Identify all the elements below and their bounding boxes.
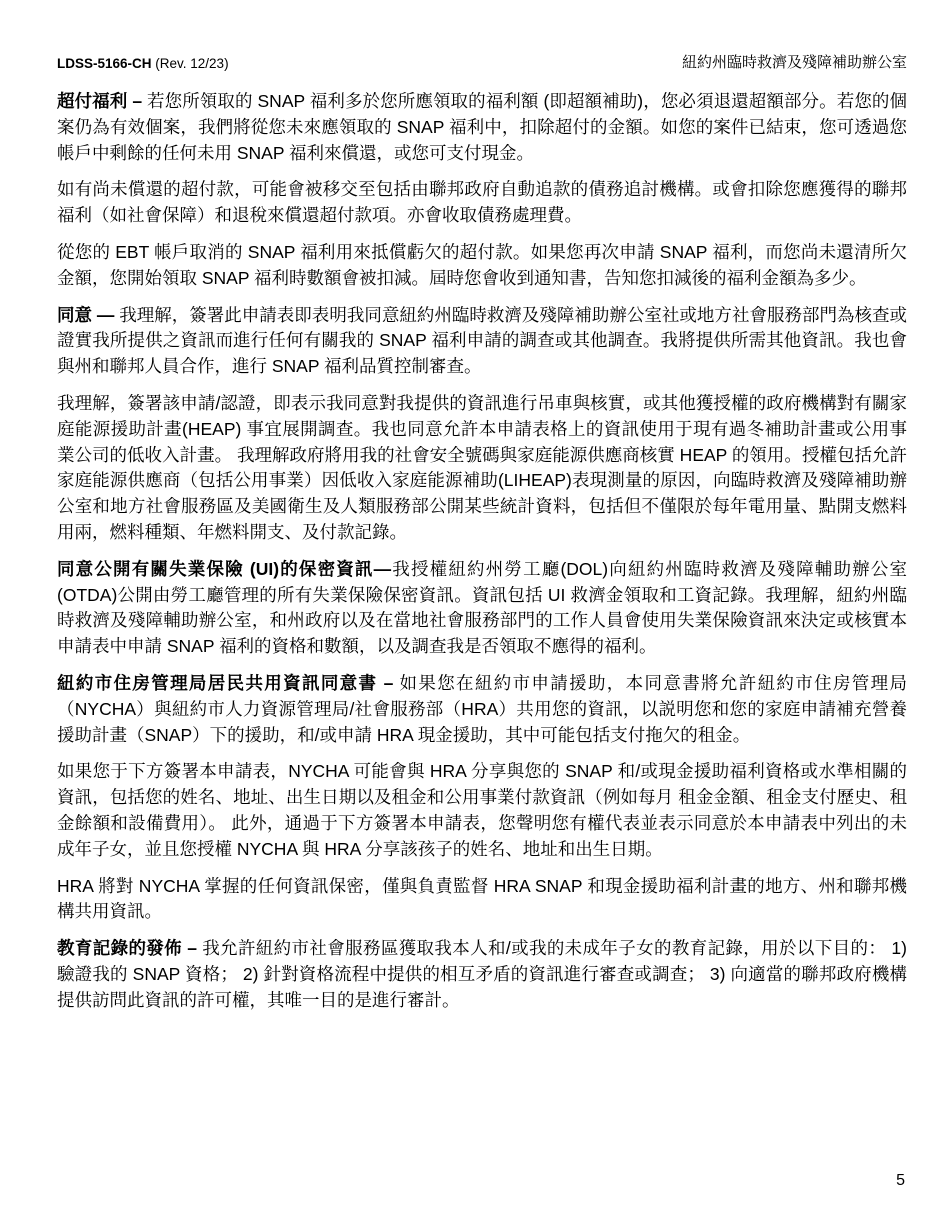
- page-number: 5: [896, 1172, 905, 1190]
- document-body: 超付福利 – 若您所領取的 SNAP 福利多於您所應領取的福利額 (即超額補助)…: [57, 89, 907, 1014]
- paragraph-ui-confidential-info: 同意公開有關失業保險 (UI)的保密資訊—我授權紐約州勞工廳(DOL)向紐約州臨…: [57, 557, 907, 660]
- paragraph-heap-consent: 我理解，簽署該申請/認證，即表示我同意對我提供的資訊進行吊車與核實，或其他獲授權…: [57, 391, 907, 546]
- paragraph-text: 如有尚未償還的超付款，可能會被移交至包括由聯邦政府自動追款的債務追討機構。或會扣…: [57, 179, 907, 225]
- paragraph-heading: 教育記錄的發佈 –: [57, 938, 202, 958]
- paragraph-heading: 同意公開有關失業保險 (UI)的保密資訊—: [57, 559, 391, 579]
- paragraph-education-records: 教育記錄的發佈 – 我允許紐約市社會服務區獲取我本人和/或我的未成年子女的教育記…: [57, 936, 907, 1013]
- paragraph-text: 如果您于下方簽署本申請表，NYCHA 可能會與 HRA 分享與您的 SNAP 和…: [57, 761, 907, 858]
- paragraph-text: 我理解，簽署該申請/認證，即表示我同意對我提供的資訊進行吊車與核實，或其他獲授權…: [57, 393, 907, 542]
- paragraph-text: 從您的 EBT 帳戶取消的 SNAP 福利用來抵償虧欠的超付款。如果您再次申請 …: [57, 242, 907, 288]
- paragraph-ebt-offset: 從您的 EBT 帳戶取消的 SNAP 福利用來抵償虧欠的超付款。如果您再次申請 …: [57, 240, 907, 292]
- form-identifier: LDSS-5166-CH (Rev. 12/23): [57, 56, 229, 72]
- paragraph-heading: 同意 —: [57, 305, 119, 325]
- paragraph-consent: 同意 — 我理解，簽署此申請表即表明我同意紐約州臨時救濟及殘障補助辦公室社或地方…: [57, 303, 907, 380]
- form-revision: (Rev. 12/23): [152, 56, 229, 71]
- paragraph-nycha-consent: 紐約市住房管理局居民共用資訊同意書 – 如果您在紐約市申請援助，本同意書將允許紐…: [57, 671, 907, 748]
- paragraph-hra-confidentiality: HRA 將對 NYCHA 掌握的任何資訊保密，僅與負責監督 HRA SNAP 和…: [57, 874, 907, 926]
- agency-name: 紐約州臨時救濟及殘障補助辦公室: [682, 54, 907, 72]
- page-header: LDSS-5166-CH (Rev. 12/23) 紐約州臨時救濟及殘障補助辦公…: [57, 54, 907, 72]
- paragraph-text: 我理解，簽署此申請表即表明我同意紐約州臨時救濟及殘障補助辦公室社或地方社會服務部…: [57, 305, 907, 377]
- paragraph-unpaid-overpayment: 如有尚未償還的超付款，可能會被移交至包括由聯邦政府自動追款的債務追討機構。或會扣…: [57, 177, 907, 229]
- paragraph-overpaid-benefits: 超付福利 – 若您所領取的 SNAP 福利多於您所應領取的福利額 (即超額補助)…: [57, 89, 907, 166]
- paragraph-heading: 紐約市住房管理局居民共用資訊同意書 –: [57, 673, 400, 693]
- paragraph-heading: 超付福利 –: [57, 91, 147, 111]
- paragraph-nycha-sharing: 如果您于下方簽署本申請表，NYCHA 可能會與 HRA 分享與您的 SNAP 和…: [57, 759, 907, 862]
- document-page: LDSS-5166-CH (Rev. 12/23) 紐約州臨時救濟及殘障補助辦公…: [0, 0, 950, 1230]
- form-number: LDSS-5166-CH: [57, 56, 152, 71]
- paragraph-text: 若您所領取的 SNAP 福利多於您所應領取的福利額 (即超額補助)，您必須退還超…: [57, 91, 907, 163]
- paragraph-text: HRA 將對 NYCHA 掌握的任何資訊保密，僅與負責監督 HRA SNAP 和…: [57, 876, 907, 922]
